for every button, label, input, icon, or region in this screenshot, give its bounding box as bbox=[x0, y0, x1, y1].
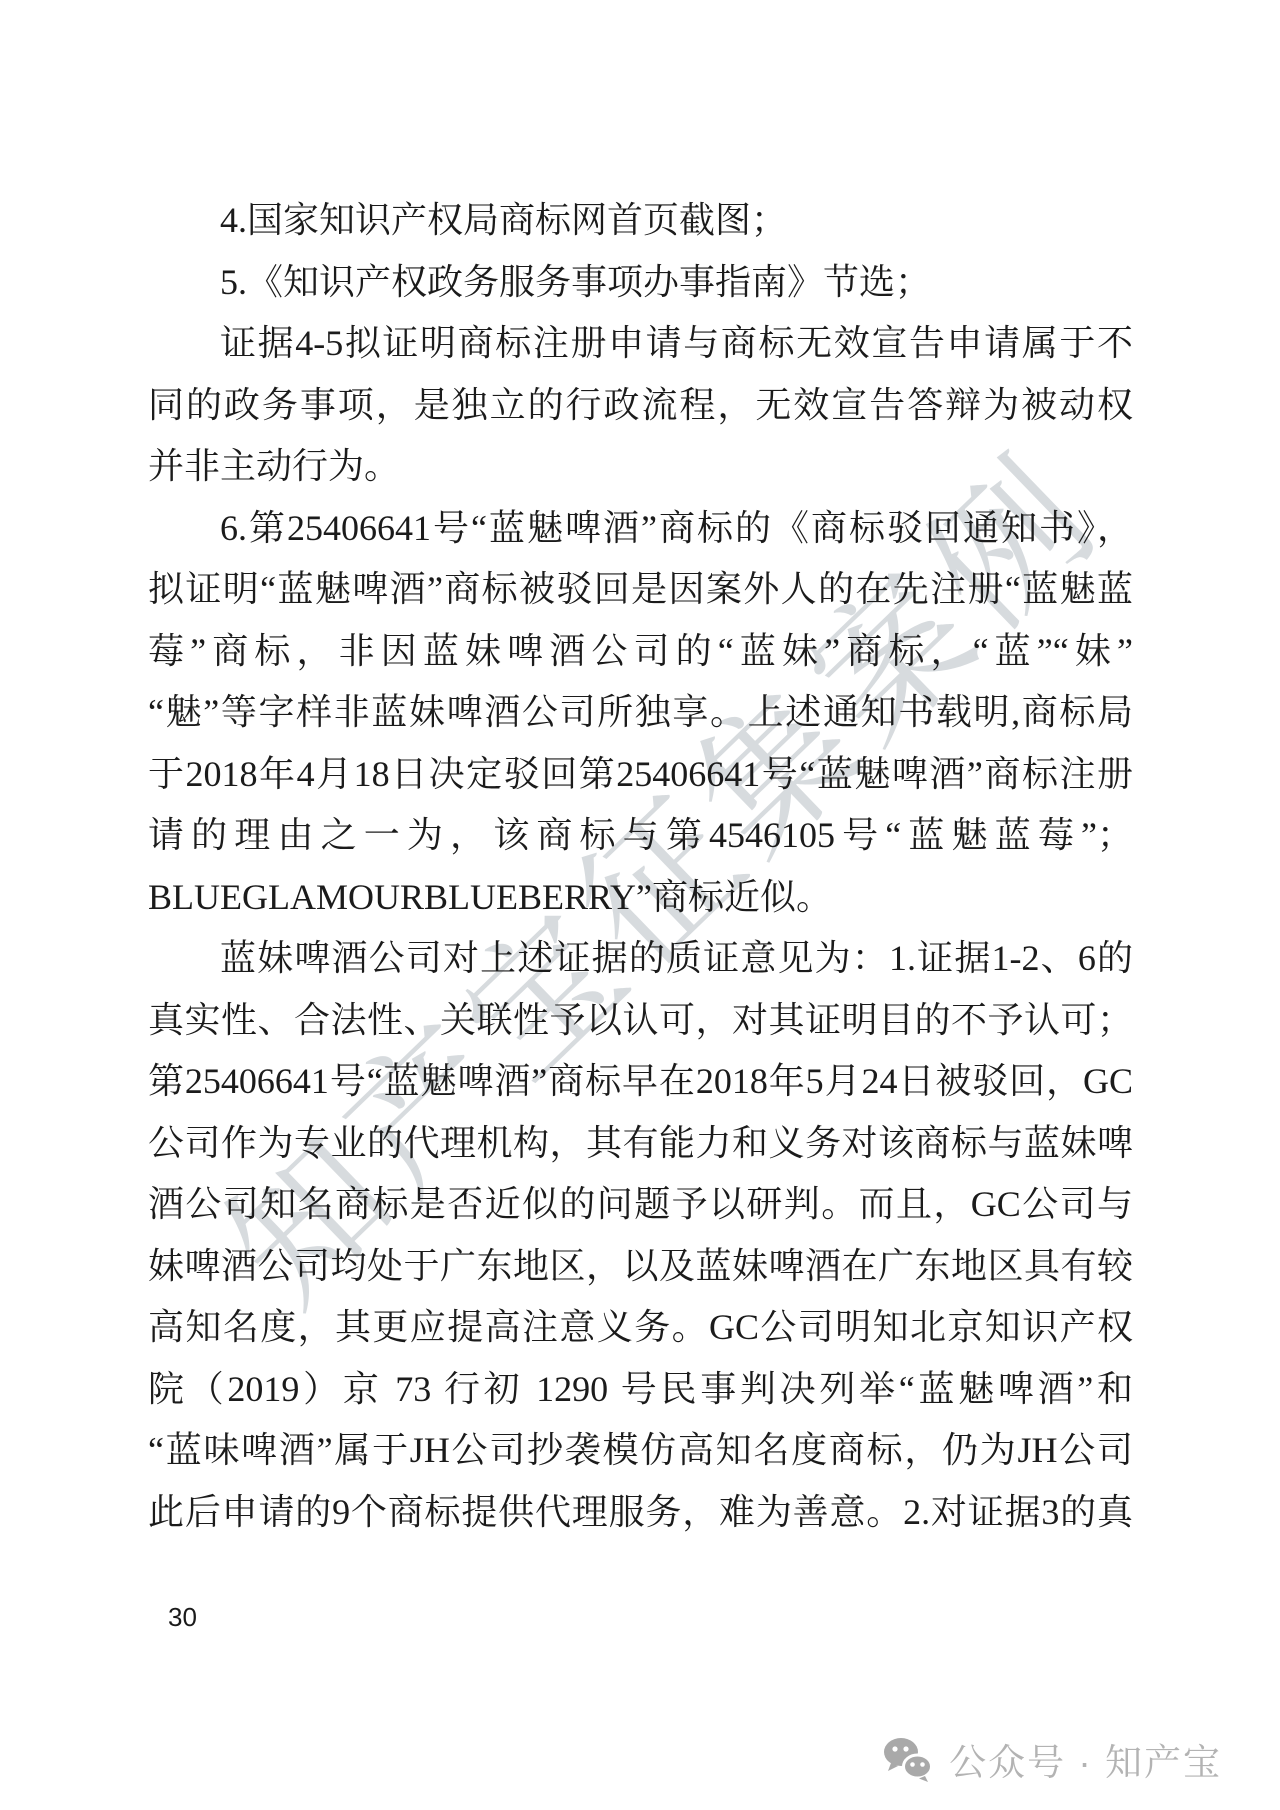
text-line: 高知名度，其更应提高注意义务。GC公司明知北京知识产权法 bbox=[148, 1297, 1133, 1359]
text-line: 公司作为专业的代理机构，其有能力和义务对该商标与蓝妹啤 bbox=[148, 1113, 1133, 1175]
wechat-footer: 公众号 · 知产宝 bbox=[881, 1732, 1222, 1786]
text-line: 并非主动行为。 bbox=[148, 436, 1133, 498]
page-number: 30 bbox=[168, 1602, 197, 1633]
text-line: 5.《知识产权政务服务事项办事指南》节选； bbox=[148, 252, 1133, 314]
wechat-icon bbox=[881, 1735, 935, 1783]
document-page: 知产宝征集案例 4.国家知识产权局商标网首页截图；5.《知识产权政务服务事项办事… bbox=[0, 0, 1280, 1810]
text-line: 真实性、合法性、关联性予以认可，对其证明目的不予认可； bbox=[148, 990, 1133, 1052]
text-line: 6.第25406641号“蓝魅啤酒”商标的《商标驳回通知书》， bbox=[148, 498, 1133, 560]
text-line: 莓”商标，非因蓝妹啤酒公司的“蓝妹”商标，“蓝”“妹” bbox=[148, 621, 1133, 683]
text-line: 妹啤酒公司均处于广东地区，以及蓝妹啤酒在广东地区具有较 bbox=[148, 1236, 1133, 1298]
text-line: 同的政务事项，是独立的行政流程，无效宣告答辩为被动权利， bbox=[148, 375, 1133, 437]
text-line: 4.国家知识产权局商标网首页截图； bbox=[148, 190, 1133, 252]
text-line: 证据4-5拟证明商标注册申请与商标无效宣告申请属于不 bbox=[148, 313, 1133, 375]
text-line: 院（2019）京 73 行初 1290 号民事判决列举“蓝魅啤酒”和 bbox=[148, 1359, 1133, 1421]
text-line: 蓝妹啤酒公司对上述证据的质证意见为：1.证据1-2、6的 bbox=[148, 928, 1133, 990]
text-line: BLUEGLAMOURBLUEBERRY”商标近似。 bbox=[148, 867, 1133, 929]
wechat-account-label: 公众号 · 知产宝 bbox=[949, 1732, 1222, 1786]
text-line: “蓝味啤酒”属于JH公司抄袭模仿高知名度商标，仍为JH公司 bbox=[148, 1420, 1133, 1482]
text-line: 第25406641号“蓝魅啤酒”商标早在2018年5月24日被驳回，GC bbox=[148, 1051, 1133, 1113]
text-line: 拟证明“蓝魅啤酒”商标被驳回是因案外人的在先注册“蓝魅蓝 bbox=[148, 559, 1133, 621]
text-line: 请的理由之一为，该商标与第4546105号“蓝魅蓝莓”； bbox=[148, 805, 1133, 867]
text-line: 酒公司知名商标是否近似的问题予以研判。而且，GC公司与蓝 bbox=[148, 1174, 1133, 1236]
text-line: 于2018年4月18日决定驳回第25406641号“蓝魅啤酒”商标注册申 bbox=[148, 744, 1133, 806]
text-line: 此后申请的9个商标提供代理服务，难为善意。2.对证据3的真 bbox=[148, 1482, 1133, 1544]
text-line: “魅”等字样非蓝妹啤酒公司所独享。上述通知书载明,商标局 bbox=[148, 682, 1133, 744]
document-body: 4.国家知识产权局商标网首页截图；5.《知识产权政务服务事项办事指南》节选；证据… bbox=[148, 190, 1133, 1543]
